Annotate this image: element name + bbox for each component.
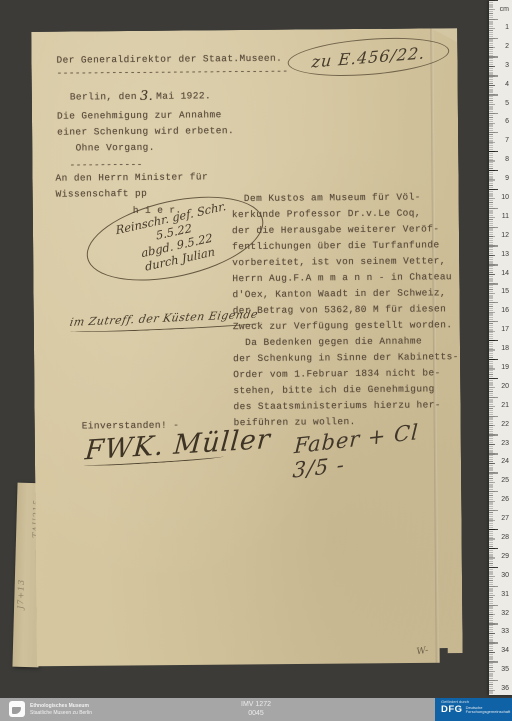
subject-line: Die Genehmigung zur Annahme: [57, 107, 234, 125]
document-page: Der Generaldirektor der Staat.Museen. --…: [31, 28, 463, 669]
handwritten-reference-circle: zu E.456/22.: [286, 33, 450, 82]
body-line: Order vom 1.Februar 1834 nicht be-: [233, 365, 463, 383]
subject-block: Die Genehmigung zur Annahmeeiner Schenku…: [57, 107, 234, 157]
sender-underline: --------------------------------------: [57, 64, 289, 82]
reference-number: zu E.456/22.: [311, 43, 426, 71]
subject-line: Ohne Vorgang.: [57, 139, 234, 157]
date-line: Berlin, den3.Mai 1922.: [70, 88, 211, 104]
body-line: der Schenkung in Sinne der Kabinetts-: [233, 349, 463, 367]
letter-body: Dem Kustos am Museum für Völ-kerkunde Pr…: [232, 189, 464, 431]
scan-viewer: TAU215 J7+13 Der Generaldirektor der Sta…: [0, 0, 512, 721]
body-paragraph-2: Da Bedenken gegen die Annahmeder Schenku…: [233, 333, 464, 431]
dfg-acronym: DFG: [441, 705, 463, 715]
body-line: des Staatsministeriums hierzu her-: [233, 397, 463, 415]
subject-line: einer Schenkung wird erbeten.: [57, 123, 234, 141]
body-line: Zweck zur Verfügung gestellt worden.: [233, 317, 463, 335]
footer-bar: Ethnologisches Museum Staatliche Museen …: [0, 698, 512, 721]
dfg-logo-block: Gefördert durch DFG Deutsche Forschungsg…: [435, 698, 512, 721]
dfg-full-name: Deutsche Forschungsgemeinschaft: [466, 706, 511, 715]
sender-block: Der Generaldirektor der Staat.Museen. --…: [56, 51, 288, 82]
recipient-line: An den Herrn Minister für: [55, 169, 208, 186]
body-paragraph-1: Dem Kustos am Museum für Völ-kerkunde Pr…: [232, 189, 463, 335]
body-line: Da Bedenken gegen die Annahme: [233, 333, 463, 351]
cm-ruler: cm 1234567891011121314151617181920212223…: [489, 0, 512, 695]
pencil-inventory-mark: J7+13: [16, 579, 26, 609]
date-prefix: Berlin, den: [70, 91, 137, 103]
paper-corner-fold: [431, 28, 457, 42]
dfg-name-line2: Forschungsgemeinschaft: [466, 710, 511, 715]
date-rest: Mai 1922.: [156, 90, 211, 101]
corner-pencil-mark: W-: [416, 646, 429, 658]
ruler-cm-ticks: [489, 0, 498, 695]
handwritten-day: 3.: [140, 89, 153, 104]
